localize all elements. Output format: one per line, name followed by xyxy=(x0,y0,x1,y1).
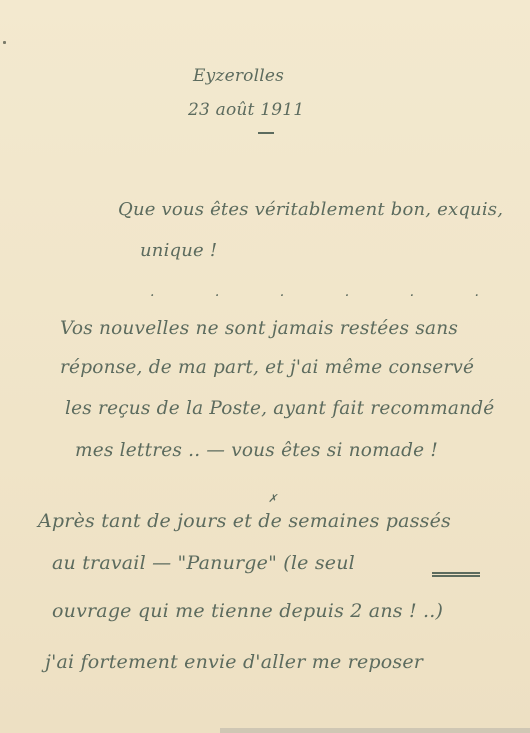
letter-line-7: Après tant de jours et de semaines passé… xyxy=(38,510,451,532)
section-mark: ✗ xyxy=(268,492,277,505)
double-underline xyxy=(432,572,480,577)
letter-line-5: les reçus de la Poste, ayant fait recomm… xyxy=(65,398,494,419)
date-underline xyxy=(258,132,274,134)
letter-line-10: j'ai fortement envie d'aller me reposer xyxy=(45,651,423,673)
letter-line-2: unique ! xyxy=(140,240,217,261)
paper-speck xyxy=(3,41,6,44)
letter-line-1: Que vous êtes véritablement bon, exquis, xyxy=(118,199,503,220)
letter-line-4: réponse, de ma part, et j'ai même conser… xyxy=(60,357,474,378)
letter-line-6: mes lettres .. — vous êtes si nomade ! xyxy=(75,440,438,461)
letter-line-3: Vos nouvelles ne sont jamais restées san… xyxy=(60,318,458,339)
letter-place: Eyzerolles xyxy=(193,66,284,86)
letter-date: 23 août 1911 xyxy=(188,100,304,120)
letter-line-8: au travail — "Panurge" (le seul xyxy=(52,552,355,574)
letter-line-9: ouvrage qui me tienne depuis 2 ans ! ..) xyxy=(52,600,443,622)
ellipsis-dots: . . . . . . . xyxy=(150,284,530,300)
paper-bottom-edge xyxy=(220,728,530,733)
letter-page: Eyzerolles 23 août 1911 Que vous êtes vé… xyxy=(0,0,530,733)
